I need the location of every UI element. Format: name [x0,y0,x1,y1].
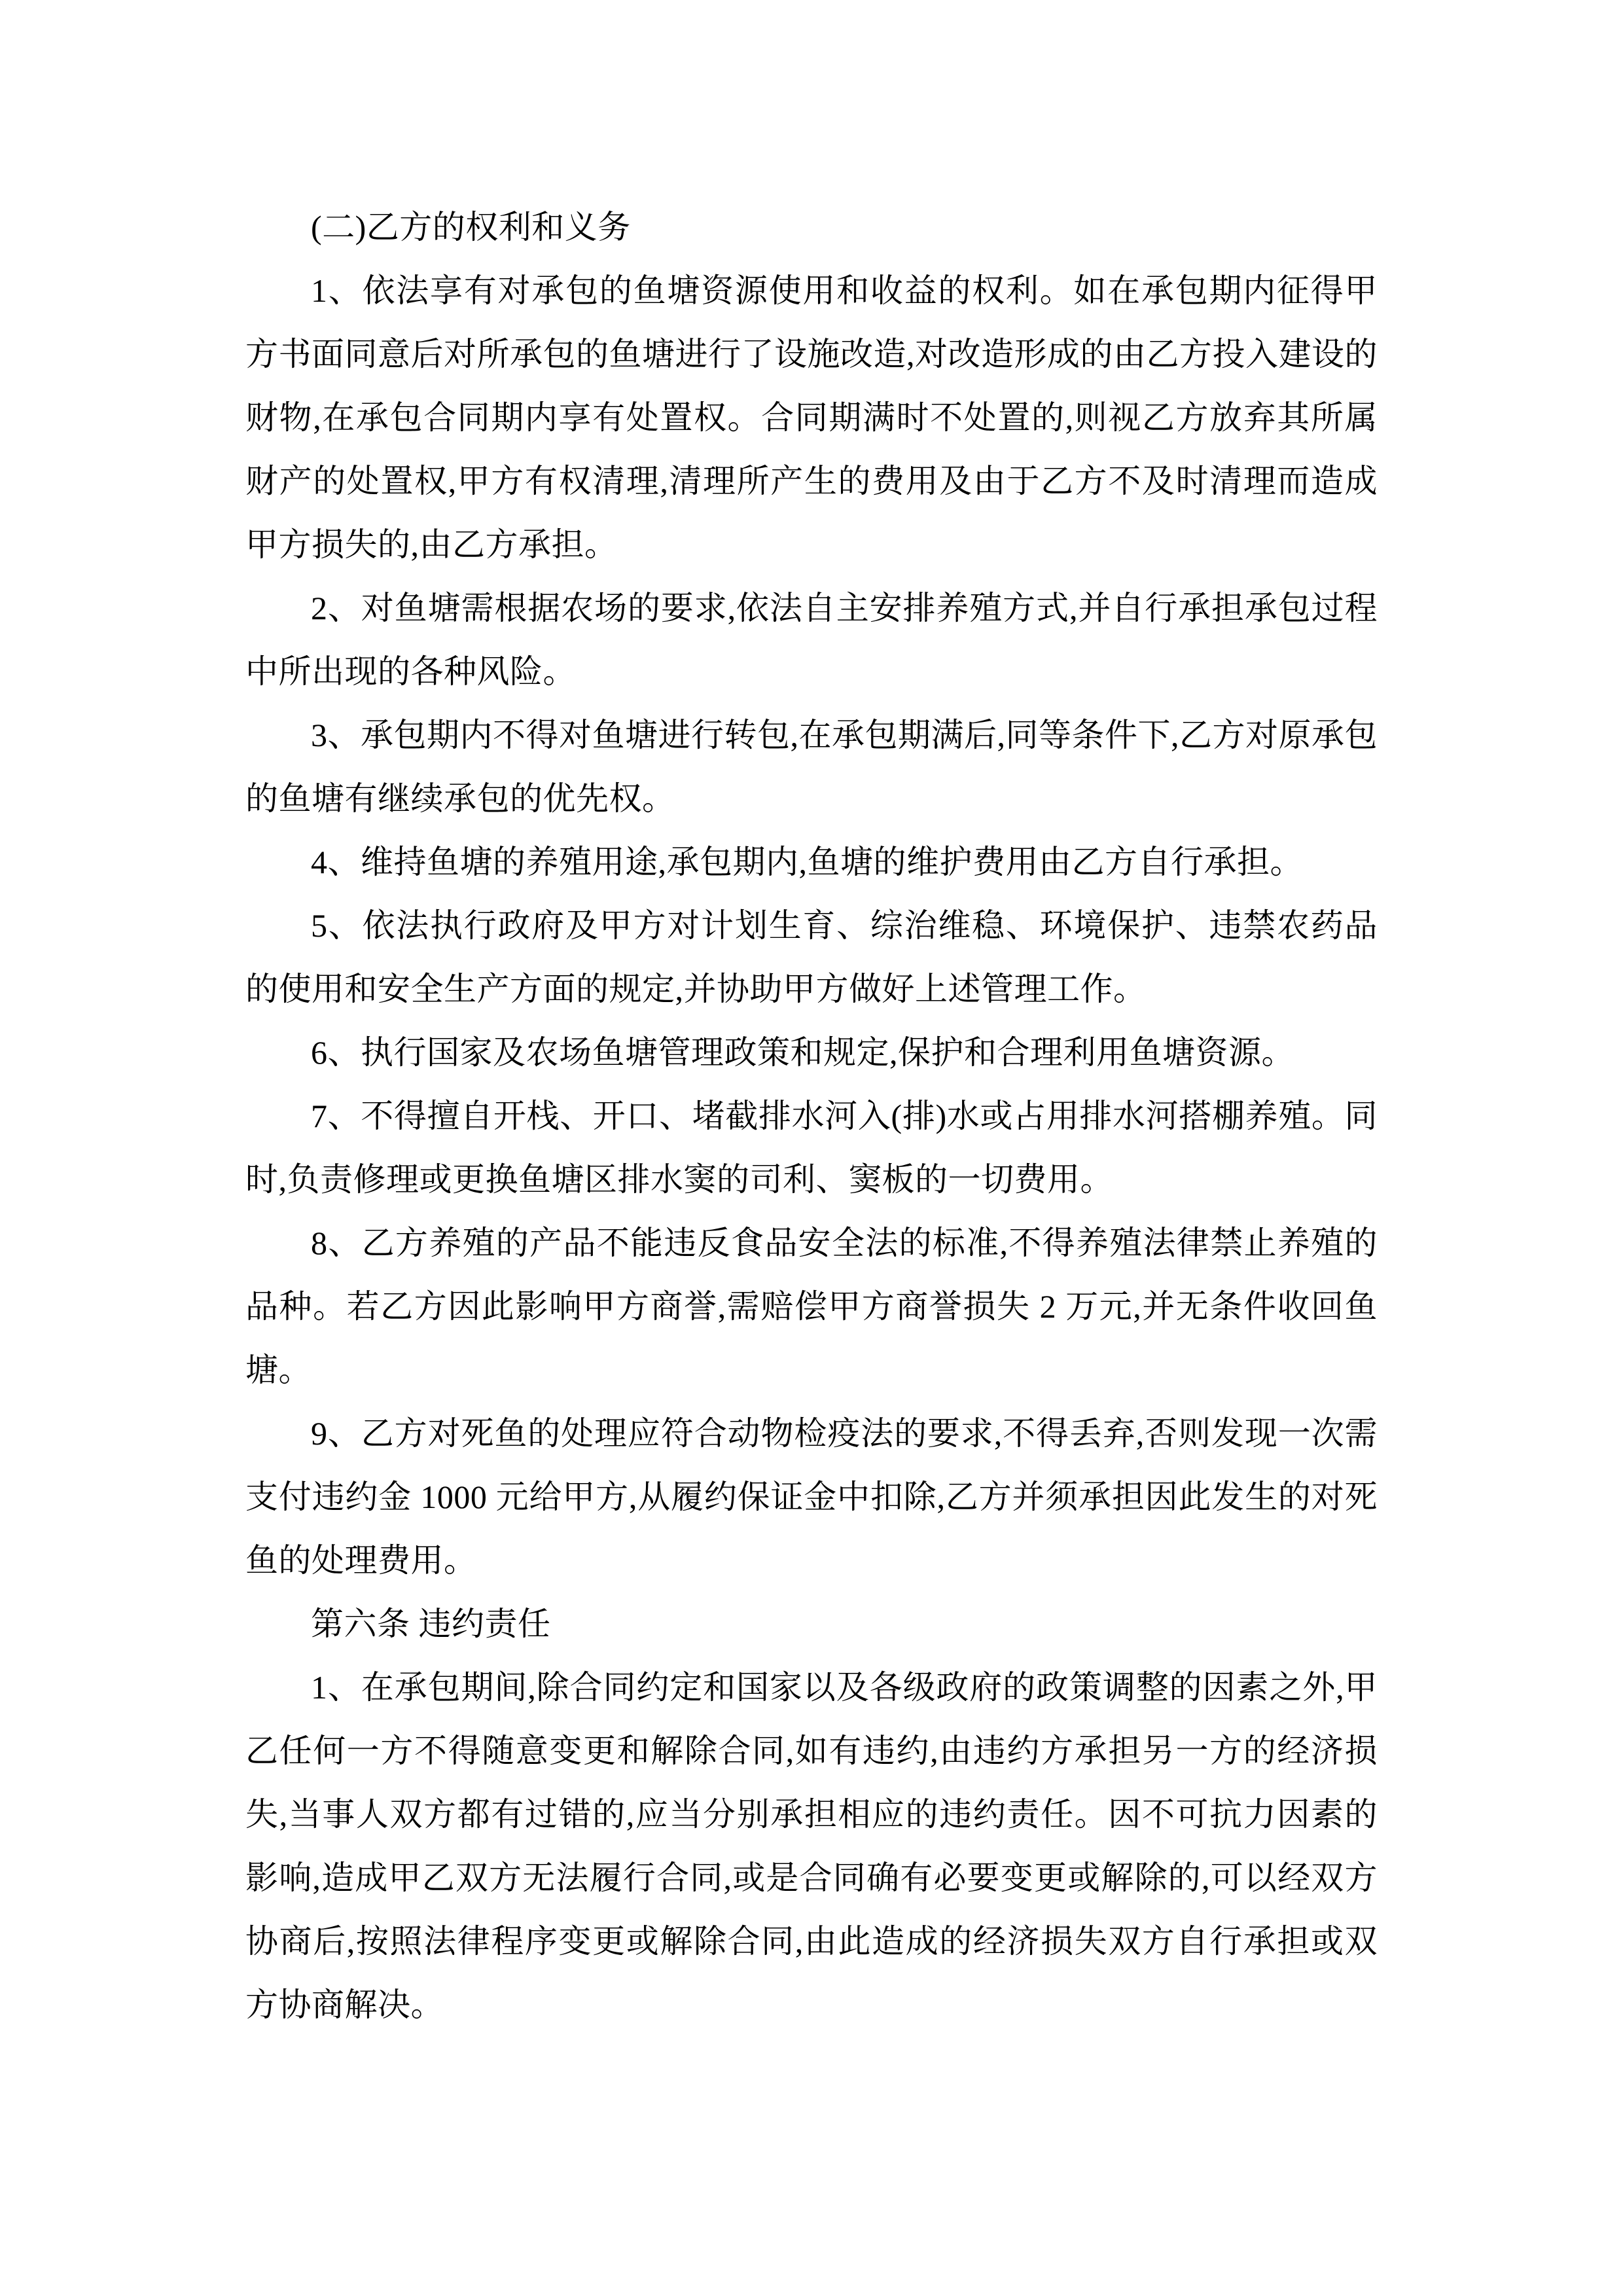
clause-b-2: 2、对鱼塘需根据农场的要求,依法自主安排养殖方式,并自行承担承包过程中所出现的各… [245,577,1378,704]
section-heading-party-b-rights: (二)乙方的权利和义务 [245,196,1378,259]
clause-b-4: 4、维持鱼塘的养殖用途,承包期内,鱼塘的维护费用由乙方自行承担。 [245,831,1378,894]
contract-text-body: (二)乙方的权利和义务 1、依法享有对承包的鱼塘资源使用和收益的权利。如在承包期… [245,196,1378,2037]
article-6-heading-breach-liability: 第六条 违约责任 [245,1592,1378,1656]
clause-b-6: 6、执行国家及农场鱼塘管理政策和规定,保护和合理利用鱼塘资源。 [245,1021,1378,1085]
clause-breach-1: 1、在承包期间,除合同约定和国家以及各级政府的政策调整的因素之外,甲乙任何一方不… [245,1656,1378,2037]
document-page: (二)乙方的权利和义务 1、依法享有对承包的鱼塘资源使用和收益的权利。如在承包期… [0,0,1623,2296]
clause-b-1: 1、依法享有对承包的鱼塘资源使用和收益的权利。如在承包期内征得甲方书面同意后对所… [245,259,1378,577]
clause-b-7: 7、不得擅自开栈、开口、堵截排水河入(排)水或占用排水河搭棚养殖。同时,负责修理… [245,1085,1378,1211]
clause-b-5: 5、依法执行政府及甲方对计划生育、综治维稳、环境保护、违禁农药品的使用和安全生产… [245,894,1378,1021]
clause-b-9: 9、乙方对死鱼的处理应符合动物检疫法的要求,不得丢弃,否则发现一次需支付违约金 … [245,1402,1378,1592]
clause-b-8: 8、乙方养殖的产品不能违反食品安全法的标准,不得养殖法律禁止养殖的品种。若乙方因… [245,1211,1378,1402]
clause-b-3: 3、承包期内不得对鱼塘进行转包,在承包期满后,同等条件下,乙方对原承包的鱼塘有继… [245,704,1378,831]
